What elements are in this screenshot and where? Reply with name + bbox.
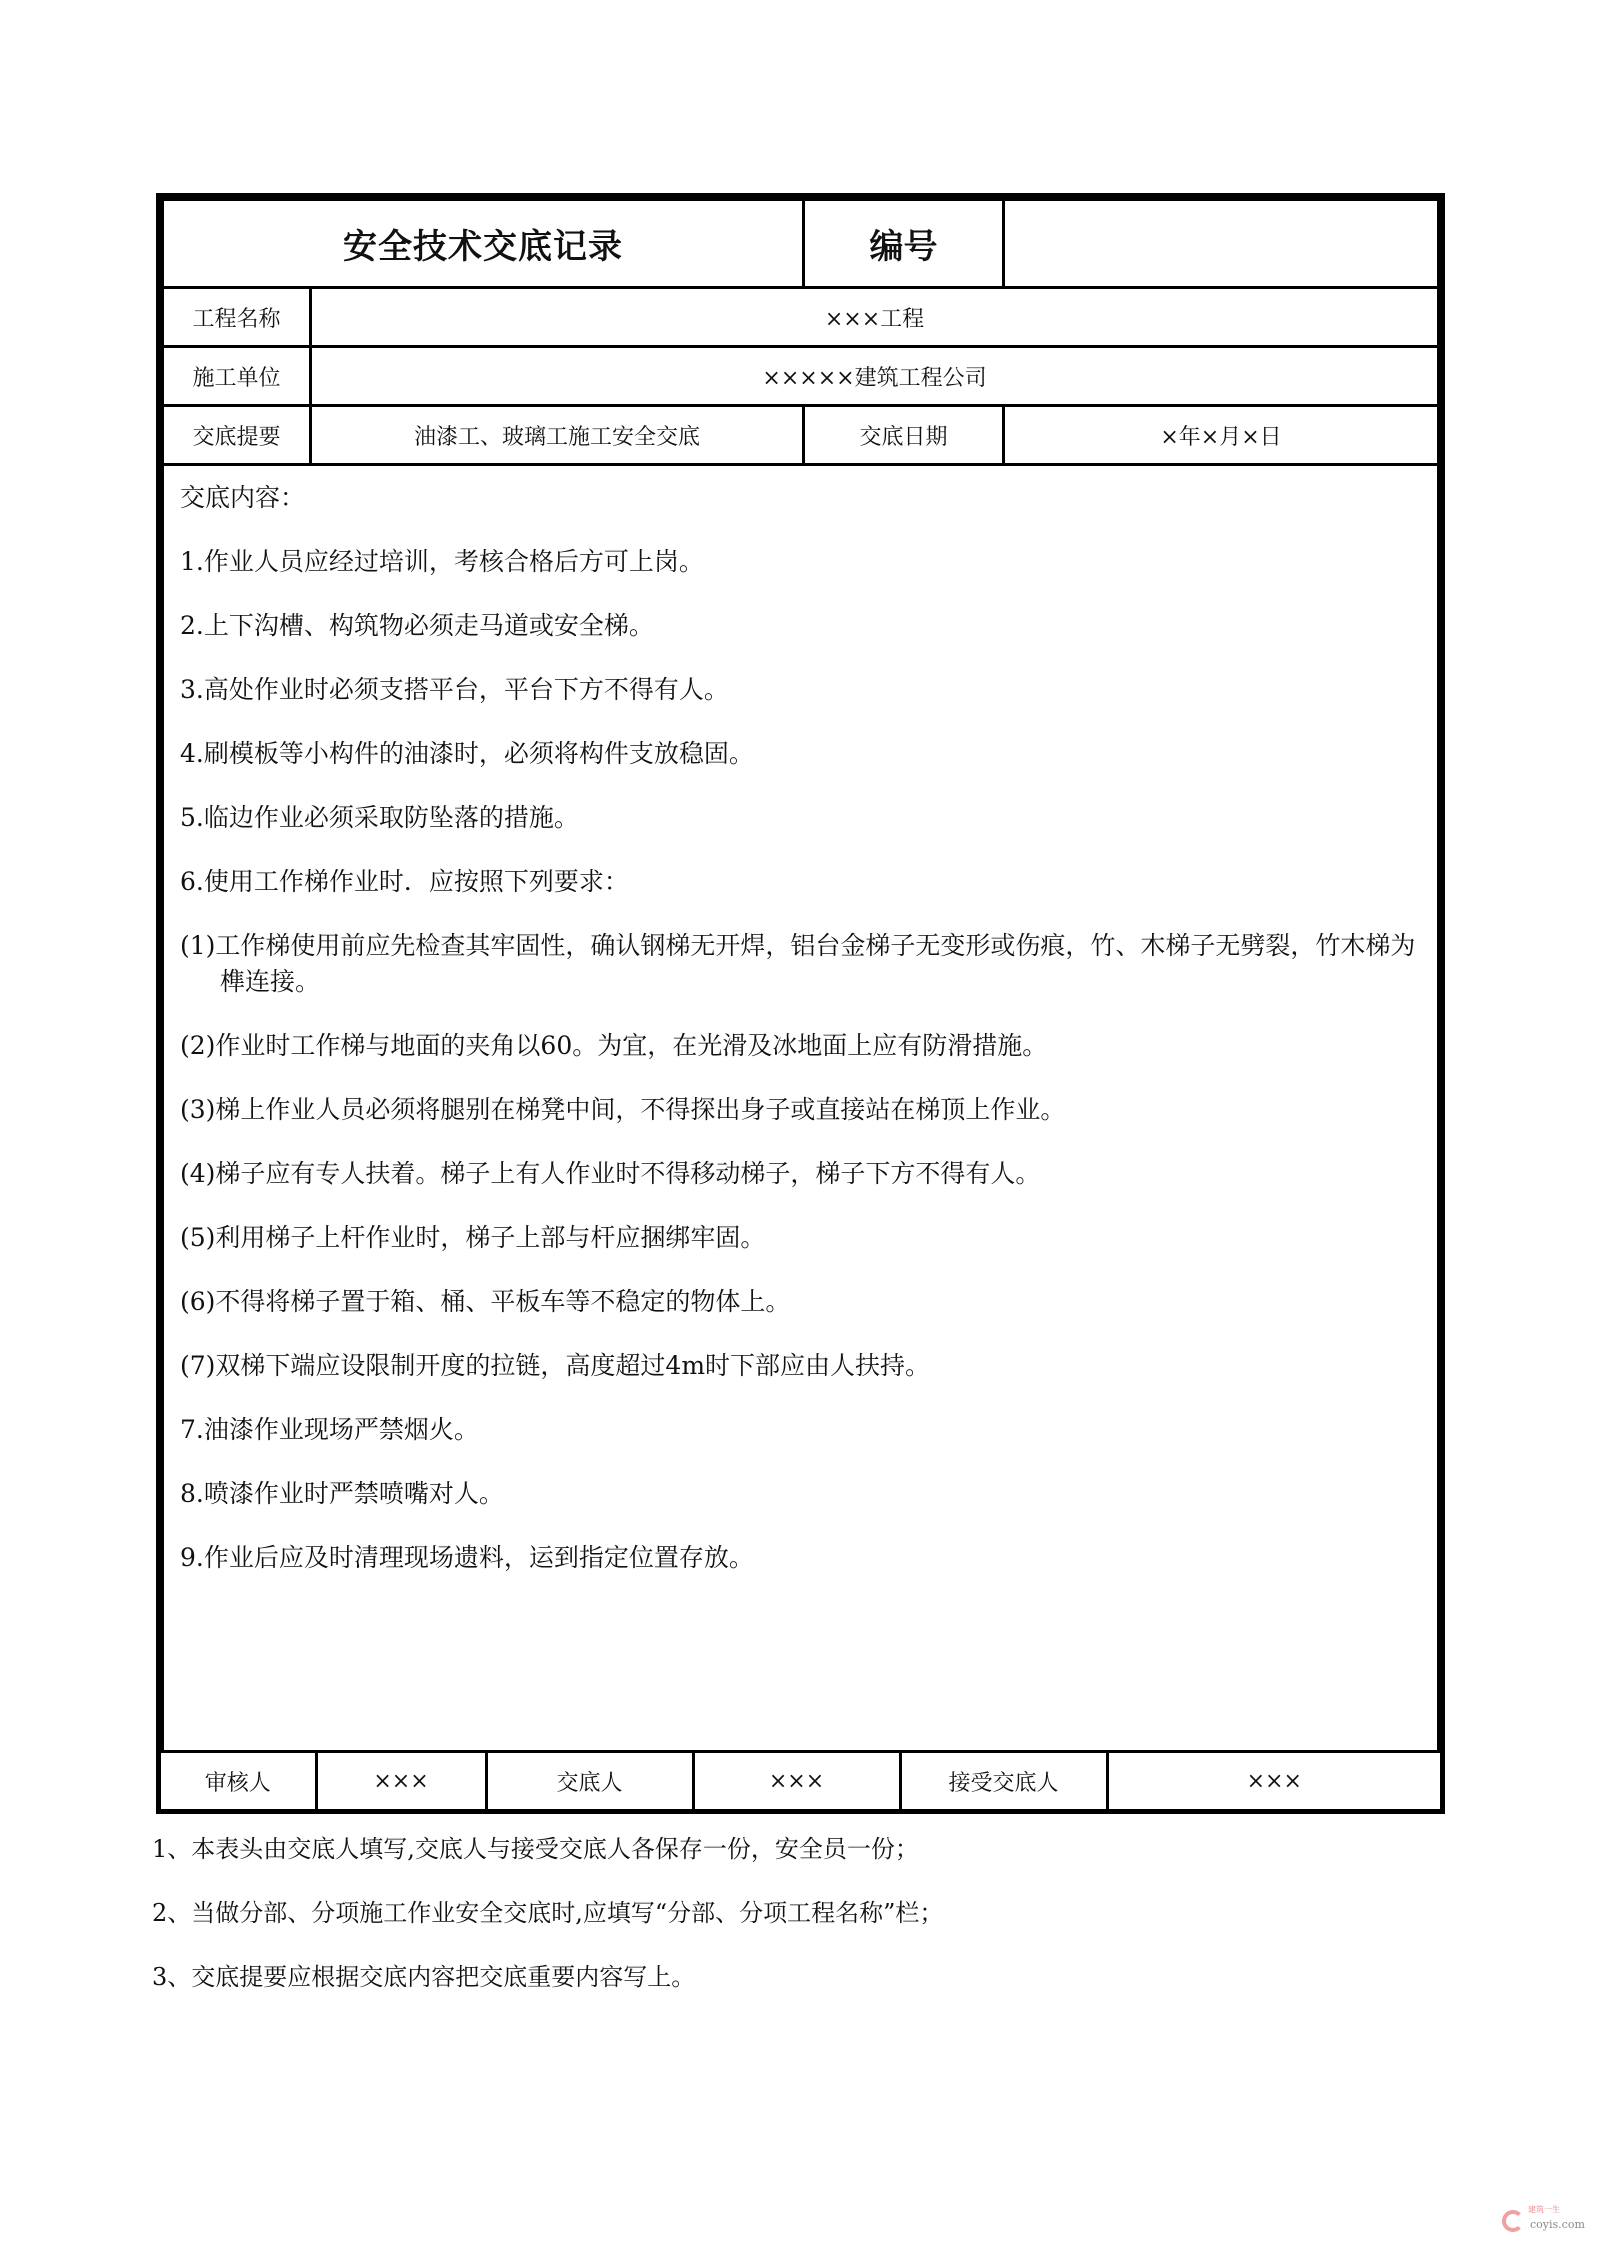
watermark-logo-icon	[1502, 2210, 1524, 2232]
project-name-label: 工程名称	[163, 288, 311, 347]
receiver-label: 接受交底人	[900, 1753, 1107, 1809]
content-item: 3.高处作业时必须支搭平台，平台下方不得有人。	[180, 672, 1437, 708]
content-item: 8.喷漆作业时严禁喷嘴对人。	[180, 1476, 1437, 1512]
discloser-value[interactable]: ×××	[693, 1753, 900, 1809]
signature-table: 审核人 ××× 交底人 ××× 接受交底人 ×××	[161, 1753, 1440, 1809]
form-table: 安全技术交底记录 编号 工程名称 ×××工程 施工单位 ×××××建筑工程公司 …	[161, 198, 1440, 1753]
content-item: 4.刷模板等小构件的油漆时，必须将构件支放稳固。	[180, 736, 1437, 772]
title-row: 安全技术交底记录 编号	[163, 200, 1439, 288]
contractor-row: 施工单位 ×××××建筑工程公司	[163, 347, 1439, 406]
project-name-row: 工程名称 ×××工程	[163, 288, 1439, 347]
project-name-value[interactable]: ×××工程	[311, 288, 1439, 347]
note-item: 3、交底提要应根据交底内容把交底重要内容写上。	[152, 1960, 943, 1994]
content-item: 7.油漆作业现场严禁烟火。	[180, 1412, 1437, 1448]
content-subitem: (5)利用梯子上杆作业时，梯子上部与杆应捆绑牢固。	[180, 1220, 1437, 1256]
content-subitem: (7)双梯下端应设限制开度的拉链，高度超过4m时下部应由人扶持。	[180, 1348, 1437, 1384]
content-subitem: (2)作业时工作梯与地面的夹角以60。为宜，在光滑及冰地面上应有防滑措施。	[180, 1028, 1437, 1064]
note-item: 1、本表头由交底人填写,交底人与接受交底人各保存一份，安全员一份；	[152, 1832, 943, 1866]
contractor-value[interactable]: ×××××建筑工程公司	[311, 347, 1439, 406]
form-title: 安全技术交底记录	[163, 200, 804, 288]
discloser-label: 交底人	[486, 1753, 693, 1809]
date-label: 交底日期	[804, 406, 1004, 465]
content-subitem: (6)不得将梯子置于箱、桶、平板车等不稳定的物体上。	[180, 1284, 1437, 1320]
reviewer-label: 审核人	[161, 1753, 316, 1809]
number-value[interactable]	[1004, 200, 1439, 288]
summary-value[interactable]: 油漆工、玻璃工施工安全交底	[311, 406, 804, 465]
content-subitem: (1)工作梯使用前应先检查其牢固性，确认钢梯无开焊，铝台金梯子无变形或伤痕，竹、…	[180, 928, 1437, 1000]
content-item: 9.作业后应及时清理现场遗料，运到指定位置存放。	[180, 1540, 1437, 1576]
reviewer-value[interactable]: ×××	[316, 1753, 486, 1809]
watermark: 建筑一生 coyis.com	[1502, 2204, 1592, 2244]
date-value[interactable]: ×年×月×日	[1004, 406, 1439, 465]
content-item: 2.上下沟槽、构筑物必须走马道或安全梯。	[180, 608, 1437, 644]
watermark-en-text: coyis.com	[1530, 2218, 1585, 2231]
number-label: 编号	[804, 200, 1004, 288]
signature-row: 审核人 ××× 交底人 ××× 接受交底人 ×××	[161, 1753, 1440, 1809]
content-subitem: (4)梯子应有专人扶着。梯子上有人作业时不得移动梯子，梯子下方不得有人。	[180, 1156, 1437, 1192]
content-item: 6.使用工作梯作业时．应按照下列要求：	[180, 864, 1437, 900]
content-item: 5.临边作业必须采取防坠落的措施。	[180, 800, 1437, 836]
summary-row: 交底提要 油漆工、玻璃工施工安全交底 交底日期 ×年×月×日	[163, 406, 1439, 465]
watermark-cn-text: 建筑一生	[1528, 2204, 1560, 2215]
contractor-label: 施工单位	[163, 347, 311, 406]
content-heading: 交底内容：	[180, 480, 1437, 516]
content-subitem: (3)梯上作业人员必须将腿别在梯凳中间，不得探出身子或直接站在梯顶上作业。	[180, 1092, 1437, 1128]
content-row: 交底内容： 1.作业人员应经过培训，考核合格后方可上岗。 2.上下沟槽、构筑物必…	[163, 465, 1439, 1752]
receiver-value[interactable]: ×××	[1107, 1753, 1440, 1809]
content-item: 1.作业人员应经过培训，考核合格后方可上岗。	[180, 544, 1437, 580]
summary-label: 交底提要	[163, 406, 311, 465]
note-item: 2、当做分部、分项施工作业安全交底时,应填写“分部、分项工程名称”栏；	[152, 1896, 943, 1930]
safety-disclosure-form: 安全技术交底记录 编号 工程名称 ×××工程 施工单位 ×××××建筑工程公司 …	[156, 193, 1445, 1814]
disclosure-content[interactable]: 交底内容： 1.作业人员应经过培训，考核合格后方可上岗。 2.上下沟槽、构筑物必…	[163, 465, 1439, 1752]
form-notes: 1、本表头由交底人填写,交底人与接受交底人各保存一份，安全员一份； 2、当做分部…	[152, 1832, 943, 2024]
